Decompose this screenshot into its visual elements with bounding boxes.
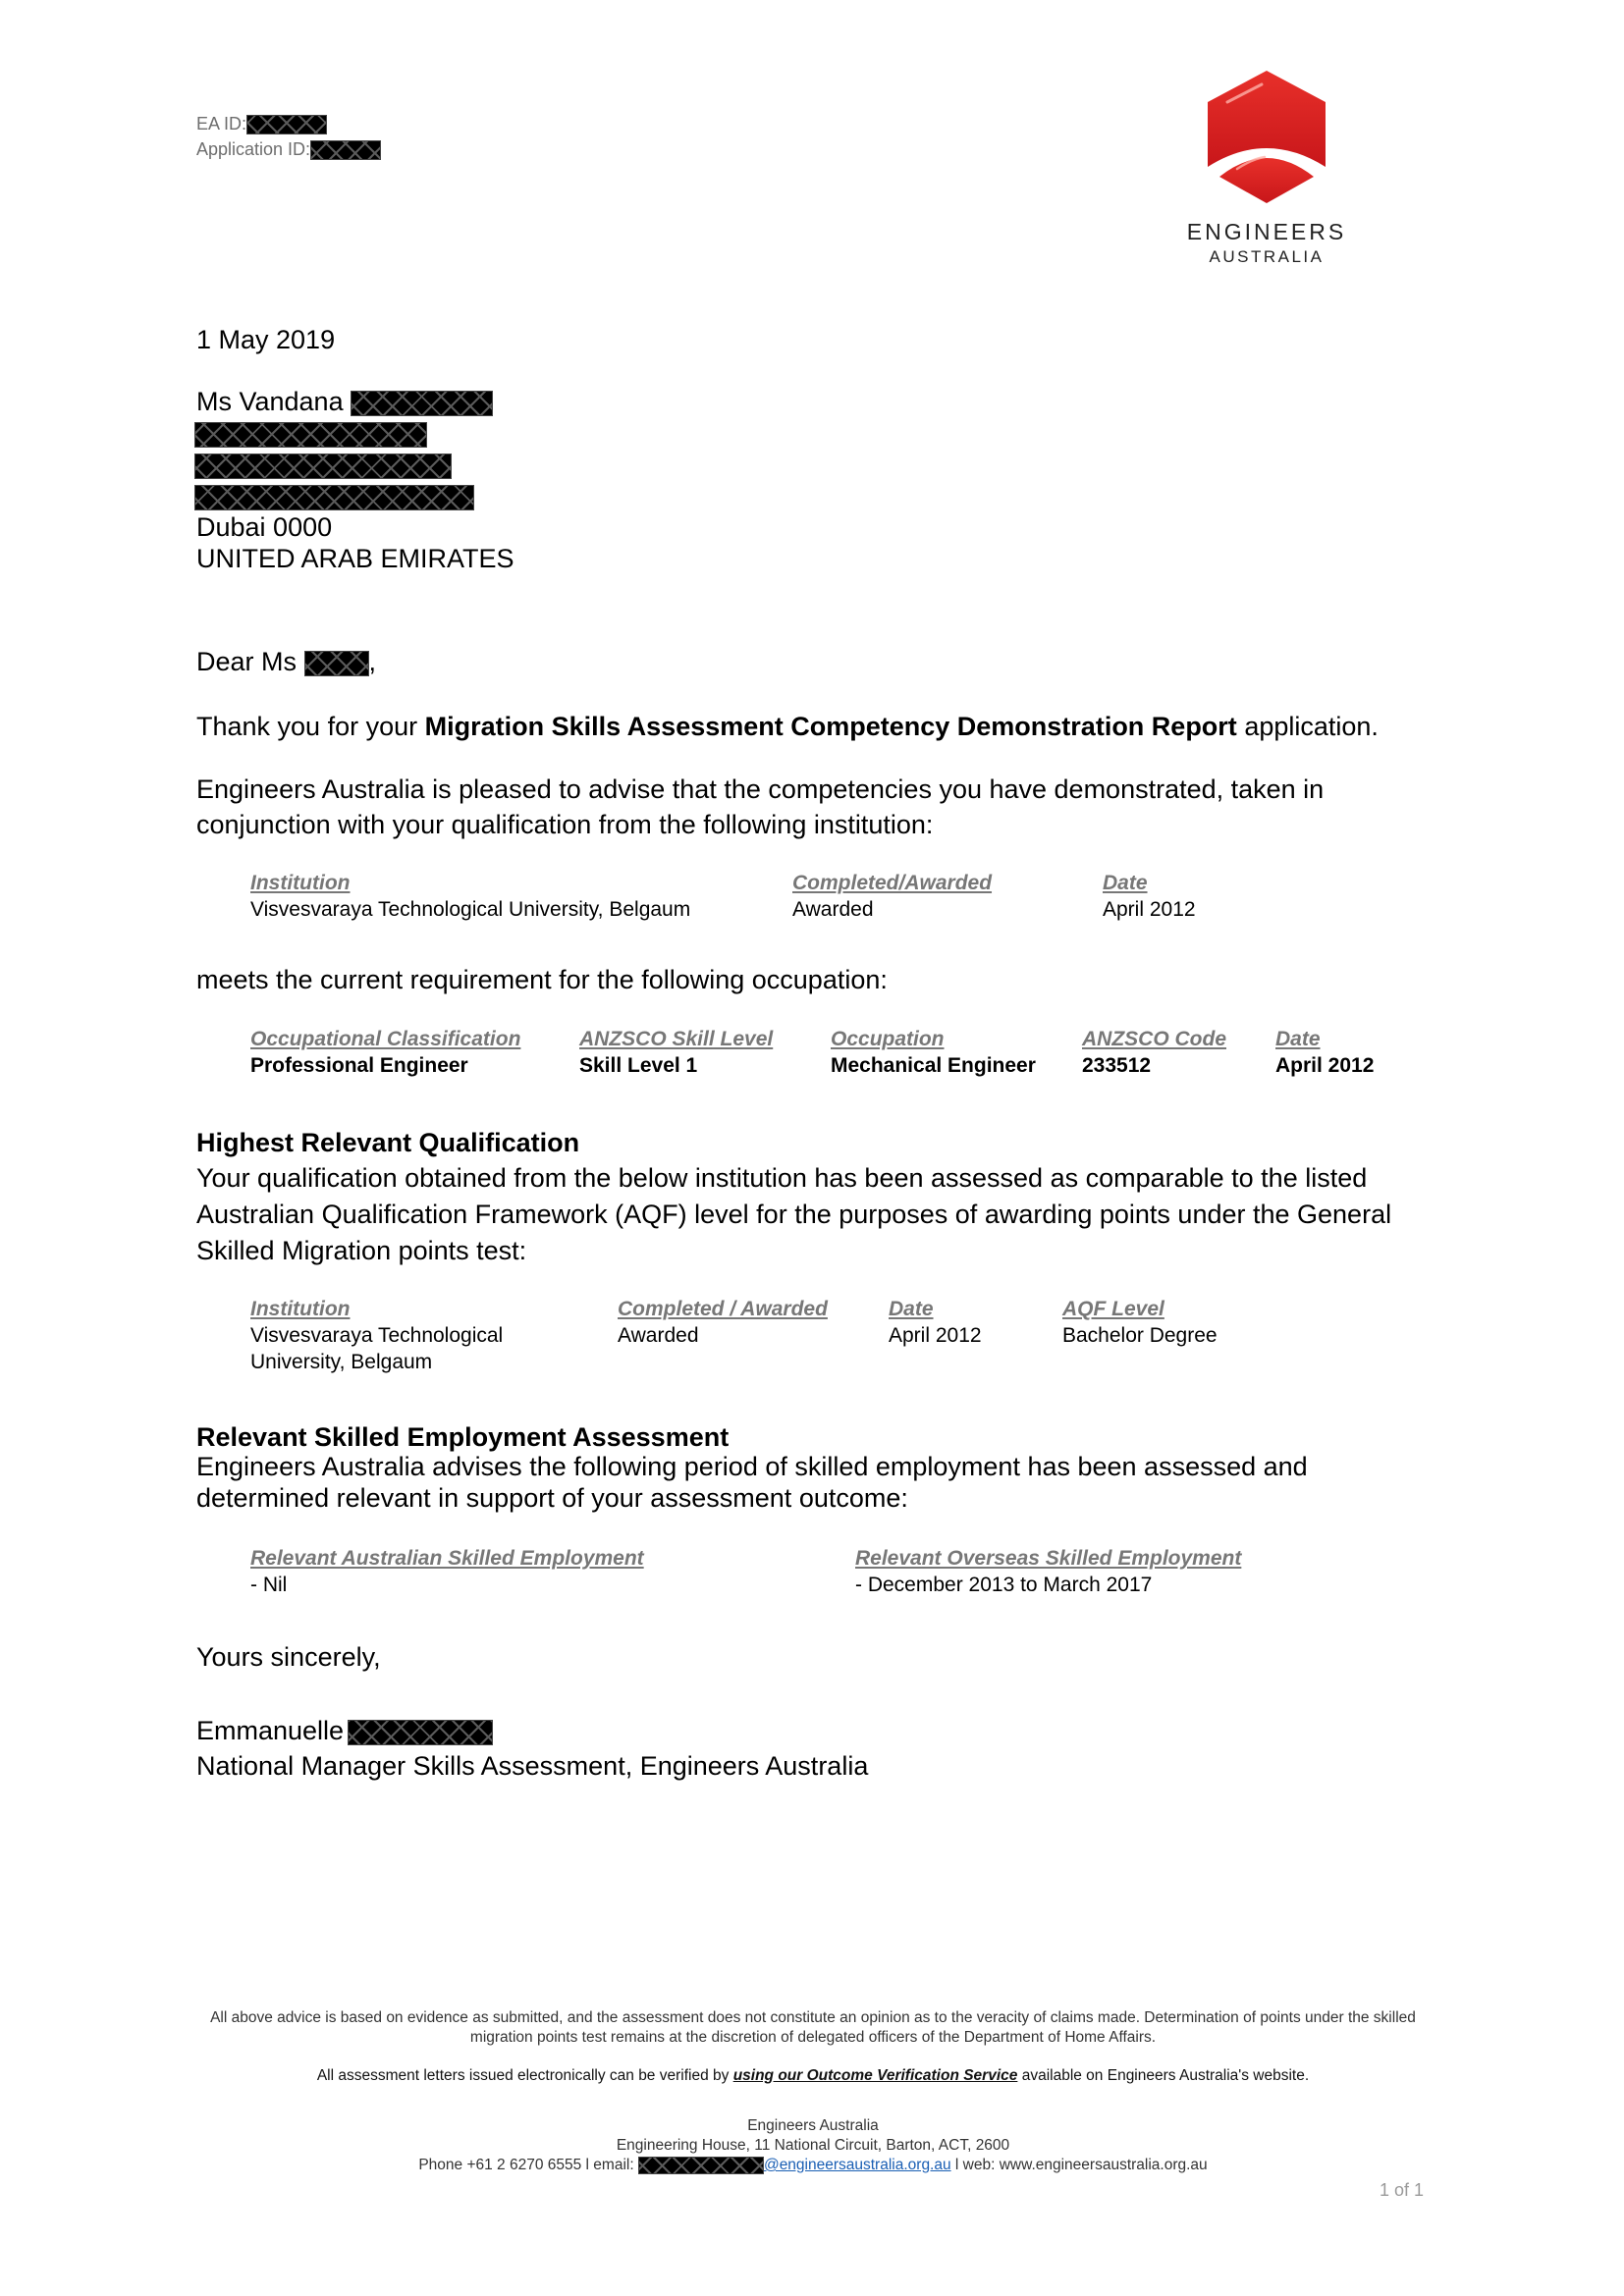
table-header: Institution	[250, 870, 350, 896]
skill-level: Skill Level 1	[579, 1052, 697, 1079]
application-id: Application ID:	[196, 136, 381, 162]
table-header: Completed / Awarded	[618, 1296, 828, 1322]
ea-id: EA ID:	[196, 111, 381, 136]
verify-suffix: available on Engineers Australia's websi…	[1017, 2067, 1309, 2084]
ea-id-label: EA ID:	[196, 114, 246, 133]
application-id-label: Application ID:	[196, 139, 310, 159]
table-header: Relevant Australian Skilled Employment	[250, 1545, 644, 1572]
footer-address: Engineering House, 11 National Circuit, …	[196, 2136, 1430, 2156]
thanks-prefix: Thank you for your	[196, 712, 425, 741]
recipient-first-name: Ms Vandana	[196, 387, 344, 416]
email-link[interactable]: @engineersaustralia.org.au	[764, 2157, 951, 2173]
table-header: Date	[1275, 1026, 1321, 1052]
verify-prefix: All assessment letters issued electronic…	[317, 2067, 733, 2084]
table-header: Institution	[250, 1296, 350, 1322]
advise-paragraph: Engineers Australia is pleased to advise…	[196, 772, 1424, 842]
signer-first-name: Emmanuelle	[196, 1716, 344, 1745]
thanks-suffix: application.	[1237, 712, 1379, 741]
qualification-paragraph: Your qualification obtained from the bel…	[196, 1160, 1473, 1269]
hexagon-logo-icon	[1198, 61, 1335, 208]
redacted-address-line-2	[194, 454, 452, 479]
institution-table: Institution Completed/Awarded Date Visve…	[250, 870, 1330, 929]
recipient-city: Dubai 0000	[196, 511, 514, 543]
recipient-country: UNITED ARAB EMIRATES	[196, 543, 514, 574]
meets-paragraph: meets the current requirement for the fo…	[196, 962, 888, 997]
redacted-application-id	[310, 140, 381, 160]
verification-note: All assessment letters issued electronic…	[196, 2067, 1430, 2085]
redacted-salutation-name	[304, 651, 369, 676]
table-header: ANZSCO Code	[1082, 1026, 1226, 1052]
table-header: Occupational Classification	[250, 1026, 520, 1052]
outcome-verification-link[interactable]: using our Outcome Verification Service	[733, 2067, 1018, 2084]
table-header: Completed/Awarded	[792, 870, 992, 896]
occupation: Mechanical Engineer	[831, 1052, 1036, 1079]
table-header: ANZSCO Skill Level	[579, 1026, 773, 1052]
table-header: AQF Level	[1062, 1296, 1164, 1322]
aqf-level: Bachelor Degree	[1062, 1322, 1218, 1349]
redacted-signer-surname	[348, 1720, 493, 1745]
anzsco-code: 233512	[1082, 1052, 1151, 1079]
qualification-table: Institution Completed / Awarded Date AQF…	[250, 1296, 1330, 1384]
engineers-australia-logo: ENGINEERS AUSTRALIA	[1159, 61, 1375, 267]
recipient-name: Ms Vandana	[196, 386, 514, 417]
salutation: Dear Ms ,	[196, 644, 376, 679]
table-cell: April 2012	[889, 1322, 982, 1349]
redacted-address-line-1	[194, 422, 427, 448]
occupation-table: Occupational Classification ANZSCO Skill…	[250, 1026, 1429, 1085]
logo-text-engineers: ENGINEERS	[1159, 219, 1375, 245]
redacted-address-line-3	[194, 485, 474, 510]
disclaimer: All above advice is based on evidence as…	[196, 2008, 1430, 2048]
footer-contact-line: Phone +61 2 6270 6555 l email: @engineer…	[196, 2156, 1430, 2175]
employment-paragraph: Engineers Australia advises the followin…	[196, 1451, 1424, 1514]
table-cell: Awarded	[618, 1322, 699, 1349]
salutation-comma: ,	[369, 647, 377, 676]
signer-name: Emmanuelle	[196, 1713, 868, 1748]
reference-ids: EA ID: Application ID:	[196, 111, 381, 162]
logo-text-australia: AUSTRALIA	[1159, 247, 1375, 267]
page-number: 1 of 1	[1380, 2180, 1424, 2201]
footer-web: l web: www.engineersaustralia.org.au	[951, 2157, 1208, 2173]
employment-heading: Relevant Skilled Employment Assessment	[196, 1421, 729, 1453]
signer-title: National Manager Skills Assessment, Engi…	[196, 1748, 868, 1784]
australian-employment: - Nil	[250, 1572, 287, 1598]
table-header: Date	[889, 1296, 934, 1322]
table-header: Relevant Overseas Skilled Employment	[855, 1545, 1241, 1572]
footer-org-name: Engineers Australia	[196, 2116, 1430, 2136]
table-header: Date	[1103, 870, 1148, 896]
employment-table: Relevant Australian Skilled Employment R…	[250, 1545, 1330, 1604]
footer-phone: Phone +61 2 6270 6555 l email:	[418, 2157, 638, 2173]
application-type: Migration Skills Assessment Competency D…	[425, 712, 1237, 741]
recipient-address: Ms Vandana Dubai 0000 UNITED ARAB EMIRAT…	[196, 386, 514, 574]
redacted-surname	[351, 391, 493, 416]
overseas-employment: - December 2013 to March 2017	[855, 1572, 1152, 1598]
thanks-paragraph: Thank you for your Migration Skills Asse…	[196, 709, 1379, 744]
occupational-classification: Professional Engineer	[250, 1052, 468, 1079]
table-header: Occupation	[831, 1026, 945, 1052]
closing: Yours sincerely,	[196, 1639, 381, 1675]
table-cell: April 2012	[1103, 896, 1196, 923]
qualification-heading: Highest Relevant Qualification	[196, 1125, 579, 1160]
letter-date: 1 May 2019	[196, 322, 335, 357]
footer-contact: Engineers Australia Engineering House, 1…	[196, 2116, 1430, 2175]
redacted-email-user	[638, 2157, 764, 2174]
table-cell: Visvesvaraya Technological University, B…	[250, 1322, 545, 1375]
table-cell: Visvesvaraya Technological University, B…	[250, 896, 690, 923]
occupation-date: April 2012	[1275, 1052, 1374, 1079]
table-cell: Awarded	[792, 896, 874, 923]
salutation-prefix: Dear Ms	[196, 647, 297, 676]
redacted-ea-id	[246, 115, 327, 134]
signer-block: Emmanuelle National Manager Skills Asses…	[196, 1713, 868, 1784]
